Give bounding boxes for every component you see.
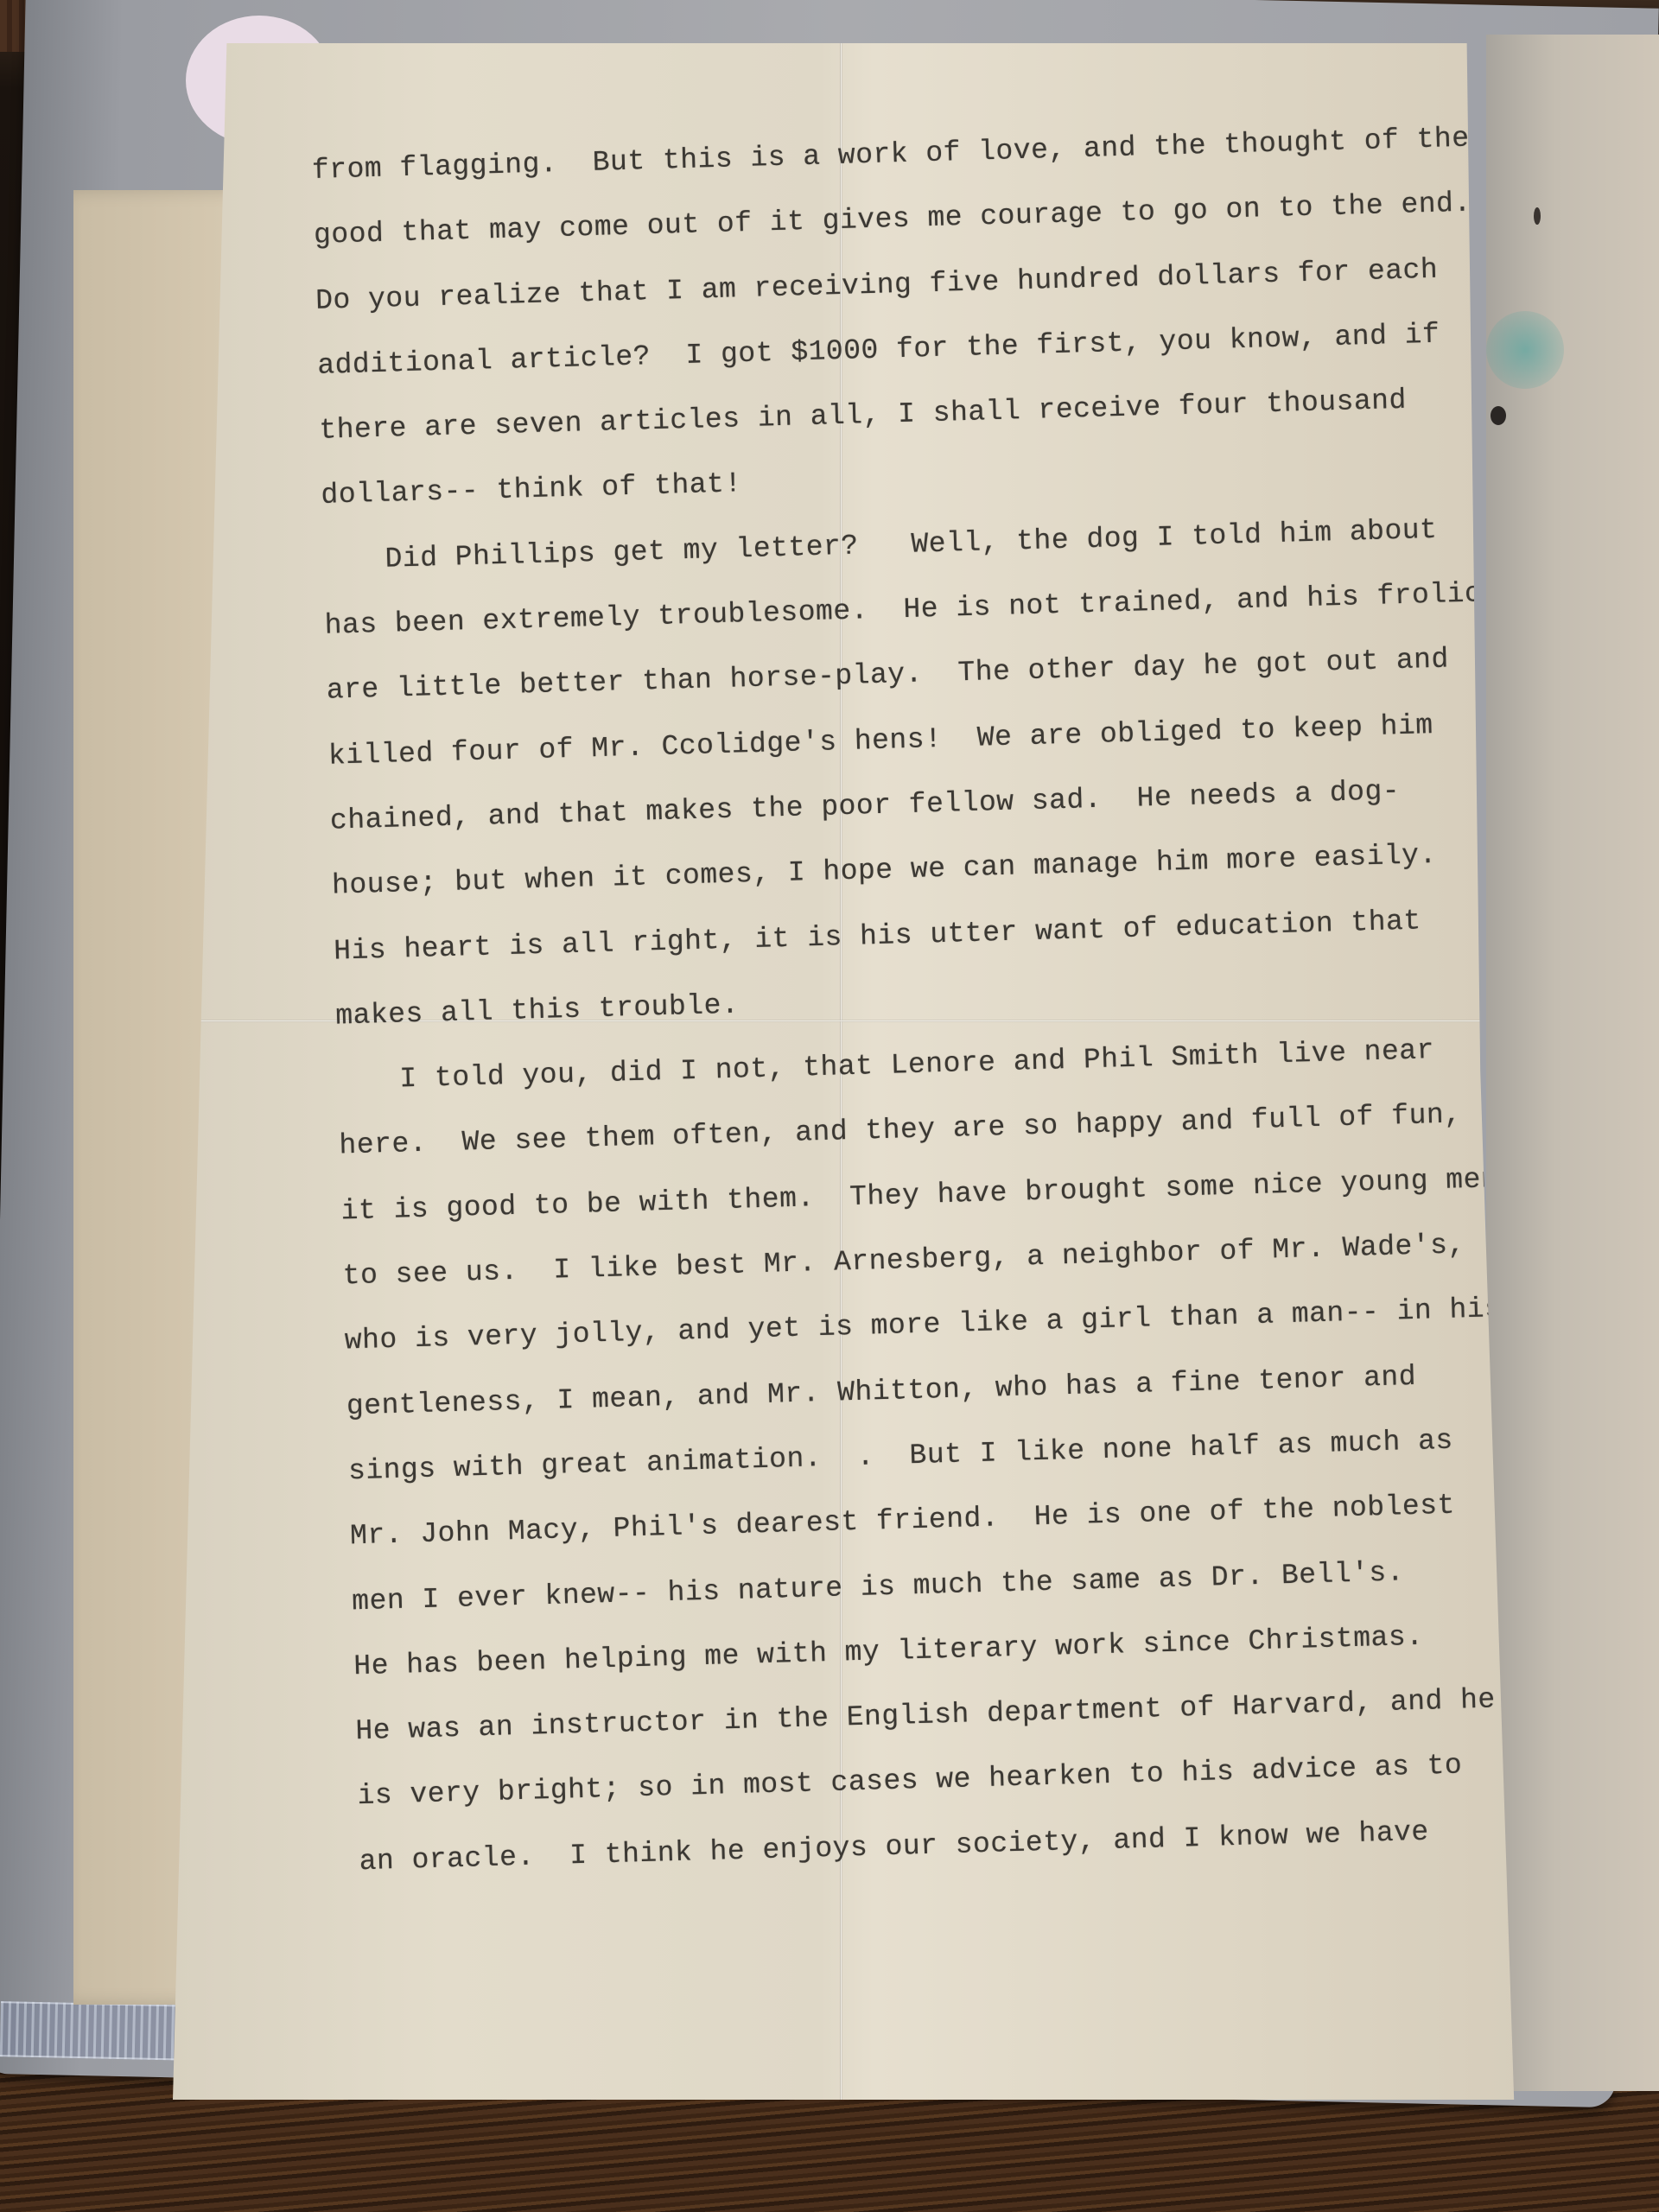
background-paper-right: [1486, 35, 1659, 2091]
letter-text: from flagging. But this is a work of lov…: [311, 105, 1552, 1894]
ink-blot: [1491, 406, 1506, 425]
teal-stain: [1486, 311, 1564, 389]
letter-page: from flagging. But this is a work of lov…: [173, 43, 1521, 2100]
ink-mark: [1534, 207, 1541, 225]
